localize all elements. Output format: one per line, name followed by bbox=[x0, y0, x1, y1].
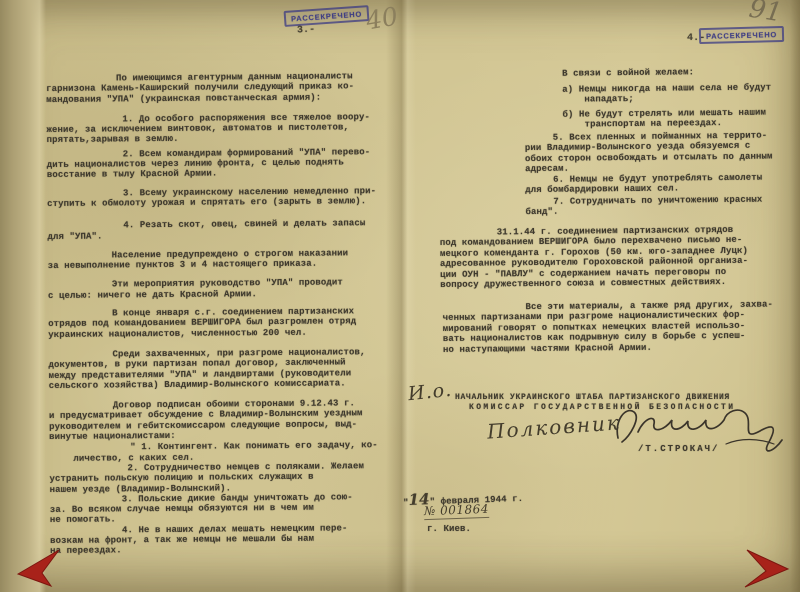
typed-paragraph: В связи с войной желаем: bbox=[562, 66, 794, 79]
typed-paragraph: Среди захваченных, при разгроме национал… bbox=[48, 347, 402, 391]
red-arrow-left-icon bbox=[12, 545, 62, 589]
left-page-text-column: По имеющимся агентурным данным национали… bbox=[46, 71, 404, 557]
typed-paragraph: а) Немцы никогда на наши села не будут н… bbox=[562, 82, 794, 105]
rank-handwritten: Полковник bbox=[486, 410, 621, 443]
typed-paragraph: 2. Всем командирам формирований "УПА" пе… bbox=[47, 147, 401, 181]
typed-paragraph: 4. Не в наших делах мешать немецким пере… bbox=[50, 523, 404, 557]
acting-prefix-handwritten: И.о. bbox=[407, 379, 453, 405]
typed-paragraph: 1. До особого распоряжения все тяжелое в… bbox=[46, 112, 400, 146]
typed-paragraph: " 1. Контингент. Как понимать его задачу… bbox=[73, 440, 403, 463]
typed-paragraph: б) Не будут стрелять или мешать нашим тр… bbox=[562, 107, 794, 130]
typed-paragraph: 3. Всему украинскому населению немедленн… bbox=[47, 186, 401, 210]
typed-paragraph: Договор подписан обоими сторонами 9.12.4… bbox=[49, 398, 403, 442]
signatory-name-typed: /Т.СТРОКАЧ/ bbox=[638, 444, 719, 454]
typed-paragraph: 31.1.44 г. соединением партизанских отря… bbox=[440, 224, 797, 291]
typed-paragraph: По имеющимся агентурным данным национали… bbox=[46, 71, 400, 105]
archive-number-right: 91 bbox=[747, 0, 784, 28]
red-arrow-right-icon bbox=[742, 546, 792, 590]
city-typed: г. Киев. bbox=[427, 524, 471, 534]
outgoing-number-handwritten: № 001864 bbox=[424, 502, 490, 520]
typed-paragraph: 2. Сотрудничество немцев с поляками. Жел… bbox=[49, 461, 403, 495]
right-page-text-column: В связи с войной желаем: а) Немцы никогд… bbox=[438, 66, 797, 355]
declassified-stamp-left: РАССЕКРЕЧЕНО bbox=[284, 5, 370, 27]
typed-paragraph: 6. Немцы не будут употреблять самолеты д… bbox=[525, 172, 795, 196]
typed-paragraph: В конце января с.г. соединением партизан… bbox=[48, 306, 402, 340]
typed-paragraph: Население предупреждено о строгом наказа… bbox=[48, 248, 402, 272]
typed-paragraph: Эти мероприятия руководство "УПА" провод… bbox=[48, 277, 402, 301]
declassified-stamp-right: РАССЕКРЕЧЕНО bbox=[699, 26, 785, 44]
document-scan: РАССЕКРЕЧЕНО 40 3.- По имеющимся агентур… bbox=[0, 0, 800, 592]
typed-paragraph: 7. Сотрудничать по уничтожению красных б… bbox=[525, 194, 795, 218]
typed-paragraph: 3. Польские дикие банды уничтожать до со… bbox=[50, 492, 404, 526]
typed-paragraph: Все эти материалы, а также ряд других, з… bbox=[442, 299, 797, 355]
archive-number-left: 40 bbox=[364, 1, 400, 35]
page-number-left: 3.- bbox=[297, 25, 316, 37]
page-fold-shadow bbox=[0, 0, 46, 592]
typed-paragraph: 5. Всех пленных и пойманных на террито- … bbox=[525, 130, 795, 175]
typed-paragraph: 4. Резать скот, овец, свиней и делать за… bbox=[47, 218, 401, 242]
